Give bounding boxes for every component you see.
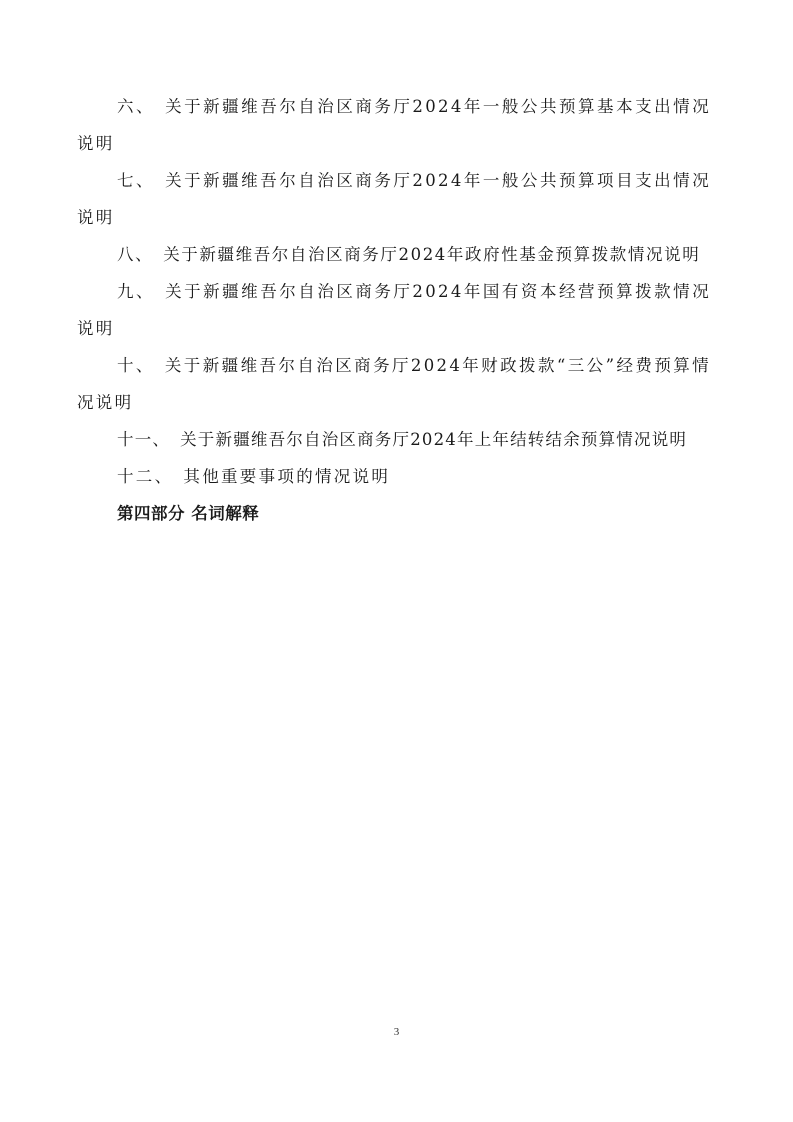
item-text: 关于新疆维吾尔自治区商务厅2024年政府性基金预算拨款情况说明 (163, 245, 700, 264)
item-text: 关于新疆维吾尔自治区商务厅2024年上年结转结余预算情况说明 (180, 430, 687, 449)
item-number: 六、 (117, 97, 155, 116)
toc-item-7: 七、关于新疆维吾尔自治区商务厅2024年一般公共预算项目支出情况说明 (77, 162, 711, 236)
item-text: 其他重要事项的情况说明 (183, 467, 390, 486)
item-text: 关于新疆维吾尔自治区商务厅2024年一般公共预算基本支出情况说明 (77, 97, 711, 153)
toc-item-6: 六、关于新疆维吾尔自治区商务厅2024年一般公共预算基本支出情况说明 (77, 88, 711, 162)
item-number: 八、 (117, 245, 153, 264)
item-number: 十、 (117, 356, 155, 375)
item-number: 九、 (117, 282, 155, 301)
item-text: 关于新疆维吾尔自治区商务厅2024年一般公共预算项目支出情况说明 (77, 171, 711, 227)
toc-item-12: 十二、其他重要事项的情况说明 (77, 458, 711, 495)
toc-item-9: 九、关于新疆维吾尔自治区商务厅2024年国有资本经营预算拨款情况说明 (77, 273, 711, 347)
toc-item-11: 十一、关于新疆维吾尔自治区商务厅2024年上年结转结余预算情况说明 (77, 421, 711, 458)
item-text: 关于新疆维吾尔自治区商务厅2024年国有资本经营预算拨款情况说明 (77, 282, 711, 338)
item-text: 关于新疆维吾尔自治区商务厅2024年财政拨款“三公”经费预算情况说明 (77, 356, 711, 412)
toc-item-8: 八、关于新疆维吾尔自治区商务厅2024年政府性基金预算拨款情况说明 (77, 236, 711, 273)
item-number: 十二、 (117, 467, 173, 486)
document-body: 六、关于新疆维吾尔自治区商务厅2024年一般公共预算基本支出情况说明 七、关于新… (77, 88, 711, 532)
item-number: 十一、 (117, 430, 170, 449)
page-number: 3 (0, 1026, 793, 1038)
section-heading: 第四部分 名词解释 (77, 495, 711, 532)
toc-item-10: 十、关于新疆维吾尔自治区商务厅2024年财政拨款“三公”经费预算情况说明 (77, 347, 711, 421)
item-number: 七、 (117, 171, 155, 190)
